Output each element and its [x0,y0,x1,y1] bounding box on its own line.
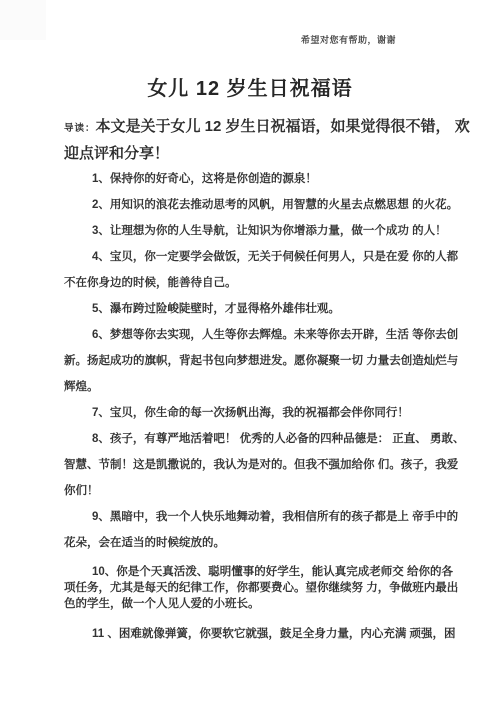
blessing-item-3: 3、让理想为你的人生导航，让知识为你增添力量，做一个成功 的人！ [64,218,494,244]
page-title: 女儿 12 岁生日祝福语 [0,72,500,101]
document-page: 希望对您有帮助，谢谢 女儿 12 岁生日祝福语 导读：本文是关于女儿 12 岁生… [0,0,500,708]
blessing-item-10: 10、你是个天真活泼、聪明懂事的好学生，能认真完成老师交 给你的各 项任务，尤其… [64,564,494,612]
blessing-item-5: 5、瀑布跨过险峻陡壁时，才显得格外雄伟壮观。 [64,296,494,322]
blessing-item-11: 11 、困难就像弹簧，你要软它就强，鼓足全身力量，内心充满 顽强，困 [64,621,494,647]
lead-paragraph: 导读：本文是关于女儿 12 岁生日祝福语，如果觉得很不错， 欢 迎点评和分享！ [64,114,494,166]
blessing-item-1: 1、保持你的好奇心，这将是你创造的源泉！ [64,166,494,192]
blessing-item-8: 8、孩子，有尊严地活着吧！ 优秀的人必备的四种品德是： 正直、 勇敢、 智慧、节… [64,426,494,504]
blessing-item-6: 6、梦想等你去实现，人生等你去辉煌。未来等你去开辟，生活 等你去创 新。扬起成功… [64,322,494,400]
lead-label: 导读： [64,123,96,134]
header-note: 希望对您有帮助，谢谢 [0,0,500,46]
blessing-item-7: 7、宝贝，你生命的每一次扬帆出海，我的祝福都会伴你同行！ [64,400,494,426]
blessing-item-9: 9、黑暗中，我一个人快乐地舞动着，我相信所有的孩子都是上 帝手中的 花朵，会在适… [64,504,494,556]
lead-text: 本文是关于女儿 12 岁生日祝福语，如果觉得很不错， 欢 迎点评和分享！ [64,118,470,162]
page-corner-shade [0,0,46,40]
blessing-item-4: 4、宝贝，你一定要学会做饭，无关于伺候任何男人，只是在爱 你的人都 不在你身边的… [64,244,494,296]
blessing-item-2: 2、用知识的浪花去推动思考的风帆，用智慧的火星去点燃思想 的火花。 [64,192,494,218]
document-body: 导读：本文是关于女儿 12 岁生日祝福语，如果觉得很不错， 欢 迎点评和分享！ … [64,114,494,647]
